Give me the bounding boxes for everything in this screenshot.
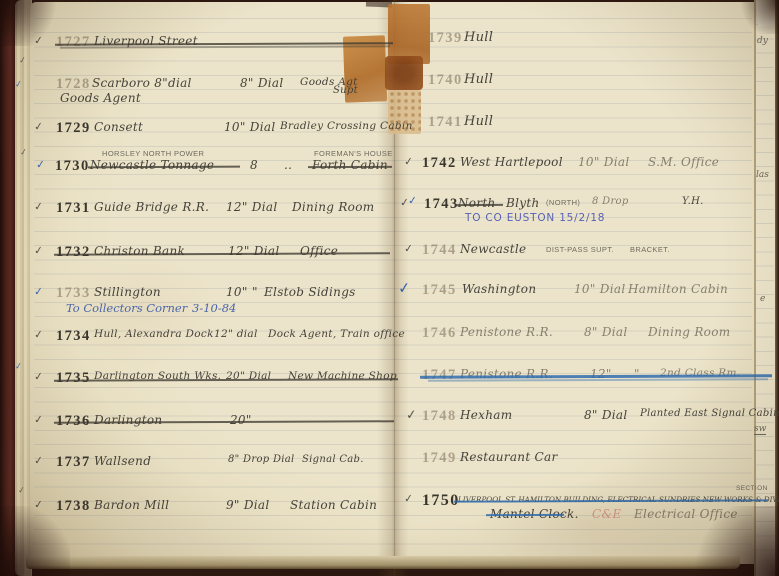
entry-location: Elstob Sidings — [264, 285, 356, 299]
entry-size: 12" dial — [214, 328, 258, 340]
entry-number: 1732 — [56, 244, 91, 261]
checkmark-icon: ✓ — [33, 244, 44, 258]
entry-note: Electrical Office — [634, 507, 738, 521]
bottom-page-edges — [26, 556, 740, 569]
entry-size: 10" Dial — [578, 155, 629, 169]
entry-place: Wallsend — [94, 454, 151, 468]
entry-number: 1741 — [428, 114, 463, 131]
entry-size: 8 — [250, 158, 258, 172]
pencil-annotation: (NORTH) — [546, 198, 580, 207]
ditto-mark: " — [252, 285, 258, 299]
margin-check-icon: ✓ — [17, 485, 26, 496]
entry-number: 1749 — [422, 450, 457, 467]
entry-size: 8" Dial — [584, 325, 628, 339]
checkmark-icon: ✓ — [407, 194, 418, 208]
ledger-scan: ✓ ✓ ✓ ✓ ✓ dy las e sw ✓ 1727 Liverpool S… — [0, 0, 779, 576]
entry-place: Hull — [464, 114, 493, 129]
corner-paper-glimpse — [756, 1, 775, 26]
checkmark-icon: ✓ — [403, 155, 414, 169]
entry-number: 1729 — [56, 120, 91, 137]
checkmark-icon: ✓ — [403, 242, 414, 256]
pencil-annotation: HORSLEY NORTH POWER — [102, 149, 204, 158]
entry-location: Office — [300, 244, 338, 258]
tape-stain-dark — [385, 56, 423, 90]
entry-size: 8" Dial — [240, 76, 284, 90]
entry-location: Y.H. — [682, 196, 704, 207]
entry-place: Scarboro 8"dial — [92, 76, 192, 90]
entry-size: 12" Dial — [226, 200, 277, 214]
entry-note: Goods Agent — [60, 91, 141, 105]
entry-place: Bardon Mill — [94, 498, 169, 512]
photo-right-edge — [775, 0, 779, 576]
pencil-annotation: DIST-PASS SUPT. — [546, 245, 614, 254]
edge-text-fragment: sw — [754, 424, 766, 435]
entry-place: Guide Bridge R.R. — [94, 200, 209, 214]
entry-place: Blyth — [506, 196, 540, 210]
entry-place: Stillington — [94, 285, 161, 299]
entry-size: 12" Dial — [228, 244, 279, 258]
checkmark-icon: ✓ — [33, 328, 44, 342]
checkmark-icon: ✓ — [33, 285, 44, 299]
margin-check-icon: ✓ — [19, 147, 28, 158]
edge-text-fragment: e — [760, 294, 765, 304]
margin-check-icon: ✓ — [14, 361, 23, 372]
biro-note: TO CO EUSTON 15/2/18 — [465, 212, 605, 224]
entry-number: 1742 — [422, 155, 457, 172]
pencil-annotation: FOREMAN'S HOUSE — [314, 149, 393, 158]
entry-location: Dining Room — [648, 325, 730, 339]
entry-place: Hull — [464, 72, 493, 87]
entry-number: 1734 — [56, 328, 91, 345]
entry-size: 10" Dial — [574, 282, 625, 296]
entry-place: Penistone R.R. — [460, 325, 553, 339]
next-page-rules — [756, 10, 774, 560]
entry-size: 8" Drop Dial — [228, 454, 295, 465]
entry-number: 1730 — [55, 158, 90, 175]
entry-number: 1739 — [428, 30, 463, 47]
entry-number: 1746 — [422, 325, 457, 342]
entry-place: Christon Bank — [94, 244, 185, 258]
entry-number: 1745 — [422, 282, 457, 299]
entry-place: Consett — [94, 120, 143, 134]
entry-location: S.M. Office — [648, 155, 719, 169]
entry-place: Newcastle — [460, 242, 526, 256]
entry-location-sub: Supt — [333, 85, 358, 96]
entry-number: 1731 — [56, 200, 91, 217]
checkmark-icon: ✓ — [33, 413, 44, 427]
margin-check-icon: ✓ — [14, 79, 23, 90]
entry-place: Hull — [464, 30, 493, 45]
entry-place: Restaurant Car — [460, 450, 558, 464]
entry-place: Darlington — [94, 413, 162, 427]
edge-text-fragment: dy — [757, 36, 768, 46]
entry-location: Dock Agent, Train office — [268, 328, 405, 340]
tape-stain — [388, 4, 430, 64]
entry-location: New Machine Shop — [288, 370, 397, 382]
margin-check-icon: ✓ — [18, 55, 27, 66]
ditto-mark: .. — [284, 158, 292, 172]
checkmark-icon: ✓ — [33, 200, 44, 214]
blue-strike-line — [486, 514, 564, 516]
entry-number: 1738 — [56, 498, 91, 515]
entry-number: 1748 — [422, 408, 457, 425]
entry-size: 9" Dial — [226, 498, 270, 512]
entry-location: Planted East Signal Cabin — [640, 408, 779, 419]
entry-location: Bradley Crossing Cabin — [280, 120, 413, 132]
book-binding — [0, 0, 15, 576]
blue-ink-note: To Collectors Corner — [66, 301, 187, 315]
checkmark-icon: ✓ — [33, 454, 44, 468]
entry-number: 1743 — [424, 196, 459, 213]
strike-line — [455, 204, 503, 206]
edge-text-fragment: las — [756, 170, 769, 180]
entry-location: Hamilton Cabin — [628, 282, 728, 296]
entry-place: Hull, Alexandra Dock — [94, 328, 214, 340]
checkmark-icon: ✓ — [397, 278, 411, 297]
entry-location: Dining Room — [292, 200, 374, 214]
entry-number: 1744 — [422, 242, 457, 259]
checkmark-icon: ✓ — [35, 158, 46, 172]
checkmark-icon: ✓ — [405, 407, 417, 423]
entry-number: 1733 — [56, 285, 91, 302]
entry-place: Washington — [462, 282, 536, 296]
entry-size: 10" — [226, 285, 248, 299]
red-ink-note: C&E — [592, 507, 622, 521]
pencil-annotation: SECTION — [736, 485, 768, 492]
entry-location: Station Cabin — [290, 498, 377, 512]
entry-number: 1737 — [56, 454, 91, 471]
checkmark-icon: ✓ — [33, 498, 44, 512]
checkmark-icon: ✓ — [33, 120, 44, 134]
checkmark-icon: ✓ — [33, 34, 44, 48]
entry-place: Hexham — [460, 408, 512, 422]
blue-ink-date: 3-10-84 — [192, 301, 236, 315]
entry-number: 1735 — [56, 370, 91, 387]
entry-size: 8 Drop — [592, 196, 629, 207]
entry-number: 1740 — [428, 72, 463, 89]
checkmark-icon: ✓ — [403, 492, 414, 506]
entry-place: West Hartlepool — [460, 155, 563, 169]
pencil-annotation: BRACKET. — [630, 245, 670, 254]
entry-number: 1727 — [56, 34, 91, 51]
entry-size: 10" Dial — [224, 120, 275, 134]
entry-location: Signal Cab. — [302, 454, 364, 465]
entry-size: 8" Dial — [584, 408, 628, 422]
checkmark-icon: ✓ — [33, 370, 44, 384]
